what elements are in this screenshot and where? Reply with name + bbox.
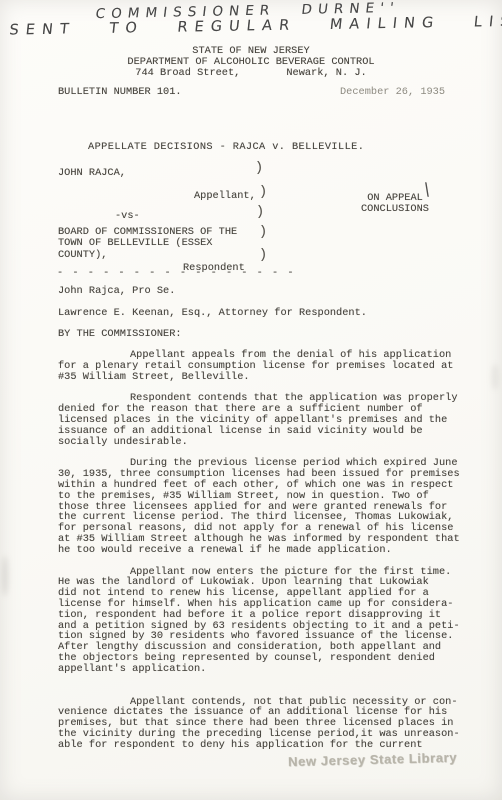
caption-bracket: ) — [259, 228, 267, 239]
caption-bracket: ) — [255, 164, 263, 175]
body-paragraph-2: Respondent contends that the application… — [58, 393, 478, 447]
decision-body: Appellant appeals from the denial of his… — [58, 350, 478, 762]
body-paragraph-1: Appellant appeals from the denial of his… — [58, 350, 478, 382]
letterhead: STATE OF NEW JERSEY DEPARTMENT OF ALCOHO… — [0, 46, 502, 78]
case-caption-block: JOHN RAJCA, ) Appellant, ) -vs- ) ON APP… — [58, 166, 478, 278]
commissioner-byline: BY THE COMMISSIONER: — [58, 329, 182, 340]
versus-label: -vs- — [115, 211, 140, 222]
appellant-name: JOHN RAJCA, — [58, 168, 126, 179]
on-appeal-label: ON APPEAL CONCLUSIONS — [340, 193, 450, 215]
body-paragraph-3: During the previous license period which… — [58, 458, 478, 555]
bulletin-number: BULLETIN NUMBER 101. — [58, 87, 182, 98]
scan-smudge — [492, 364, 498, 390]
scanned-document-page: COMMISSIONER DURNE'' SENT TO REGULAR MAI… — [0, 0, 502, 800]
bulletin-date: December 26, 1935 — [340, 87, 445, 98]
appellant-role-label: Appellant, — [194, 191, 256, 202]
letterhead-street: 744 Broad Street, — [135, 68, 240, 79]
appearance-respondent-counsel: Lawrence E. Keenan, Esq., Attorney for R… — [58, 308, 367, 319]
document-title: APPELLATE DECISIONS - RAJCA v. BELLEVILL… — [88, 142, 364, 153]
scan-smudge — [2, 556, 8, 596]
appearance-appellant: John Rajca, Pro Se. — [58, 286, 175, 297]
letterhead-city: Newark, N. J. — [286, 68, 366, 79]
library-stamp: New Jersey State Library — [288, 750, 457, 769]
caption-bracket: ) — [256, 208, 264, 219]
respondent-name-line3: COUNTY), — [58, 250, 107, 261]
body-paragraph-5: Appellant contends, not that public nece… — [58, 697, 478, 751]
dashed-separator: - - - - - - - - - - - - - - - - — [57, 268, 295, 279]
body-paragraph-4: Appellant now enters the picture for the… — [58, 567, 478, 675]
letterhead-department-line: DEPARTMENT OF ALCOHOLIC BEVERAGE CONTROL — [0, 57, 502, 68]
respondent-name-line2: TOWN OF BELLEVILLE (ESSEX — [58, 238, 212, 249]
caption-bracket: ) — [259, 188, 267, 199]
letterhead-address-line: 744 Broad Street, Newark, N. J. — [0, 68, 502, 79]
caption-bracket: ) — [259, 251, 267, 262]
